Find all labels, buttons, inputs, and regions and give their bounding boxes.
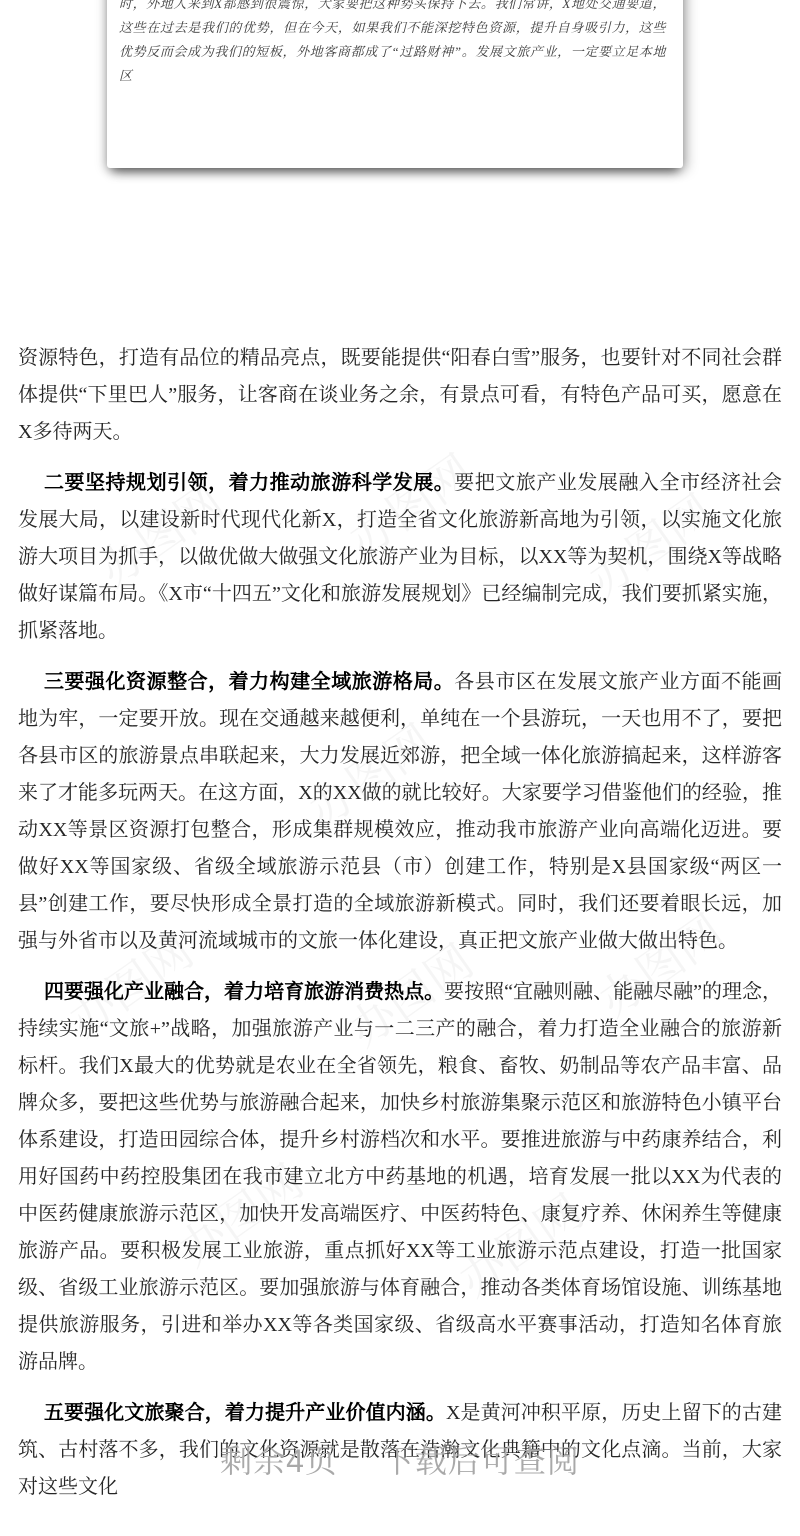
download-to-view-label: 下载后可查阅	[382, 1443, 580, 1479]
document-body: 资源特色，打造有品位的精品亮点，既要能提供“阳春白雪”服务，也要针对不同社会群体…	[18, 340, 782, 1520]
paragraph-text: 要按照“宜融则融、能融尽融”的理念，持续实施“文旅+”战略，加强旅游产业与一二三…	[18, 981, 782, 1373]
paragraph-lead: 二要坚持规划引领，着力推动旅游科学发展。	[44, 472, 454, 494]
paragraph-lead: 三要强化资源整合，着力构建全域旅游格局。	[44, 671, 454, 693]
paragraph-text: 资源特色，打造有品位的精品亮点，既要能提供“阳春白雪”服务，也要针对不同社会群体…	[18, 347, 782, 443]
paragraph-continuation: 资源特色，打造有品位的精品亮点，既要能提供“阳春白雪”服务，也要针对不同社会群体…	[18, 340, 782, 451]
remaining-pages-label: 剩余4页	[220, 1443, 338, 1479]
paragraph-point-two: 二要坚持规划引领，着力推动旅游科学发展。要把文旅产业发展融入全市经济社会发展大局…	[18, 465, 782, 650]
paragraph-point-four: 四要强化产业融合，着力培育旅游消费热点。要按照“宜融则融、能融尽融”的理念，持续…	[18, 974, 782, 1381]
paragraph-point-three: 三要强化资源整合，着力构建全域旅游格局。各县市区在发展文旅产业方面不能画地为牢，…	[18, 664, 782, 960]
paragraph-text: 各县市区在发展文旅产业方面不能画地为牢，一定要开放。现在交通越来越便利，单纯在一…	[18, 671, 782, 952]
remaining-pages-hint[interactable]: 剩余4页下载后可查阅	[0, 1436, 800, 1482]
paragraph-lead: 四要强化产业融合，着力培育旅游消费热点。	[44, 981, 444, 1003]
page-preview-card: 时，外地人来到X都感到很震惊，大家要把这种势头保持下去。我们常讲，X地处交通要道…	[107, 0, 683, 168]
page-preview-text: 时，外地人来到X都感到很震惊，大家要把这种势头保持下去。我们常讲，X地处交通要道…	[119, 0, 666, 88]
paragraph-lead: 五要强化文旅聚合，着力提升产业价值内涵。	[44, 1402, 446, 1424]
paragraph-text: 要把文旅产业发展融入全市经济社会发展大局，以建设新时代现代化新X，打造全省文化旅…	[18, 472, 782, 642]
